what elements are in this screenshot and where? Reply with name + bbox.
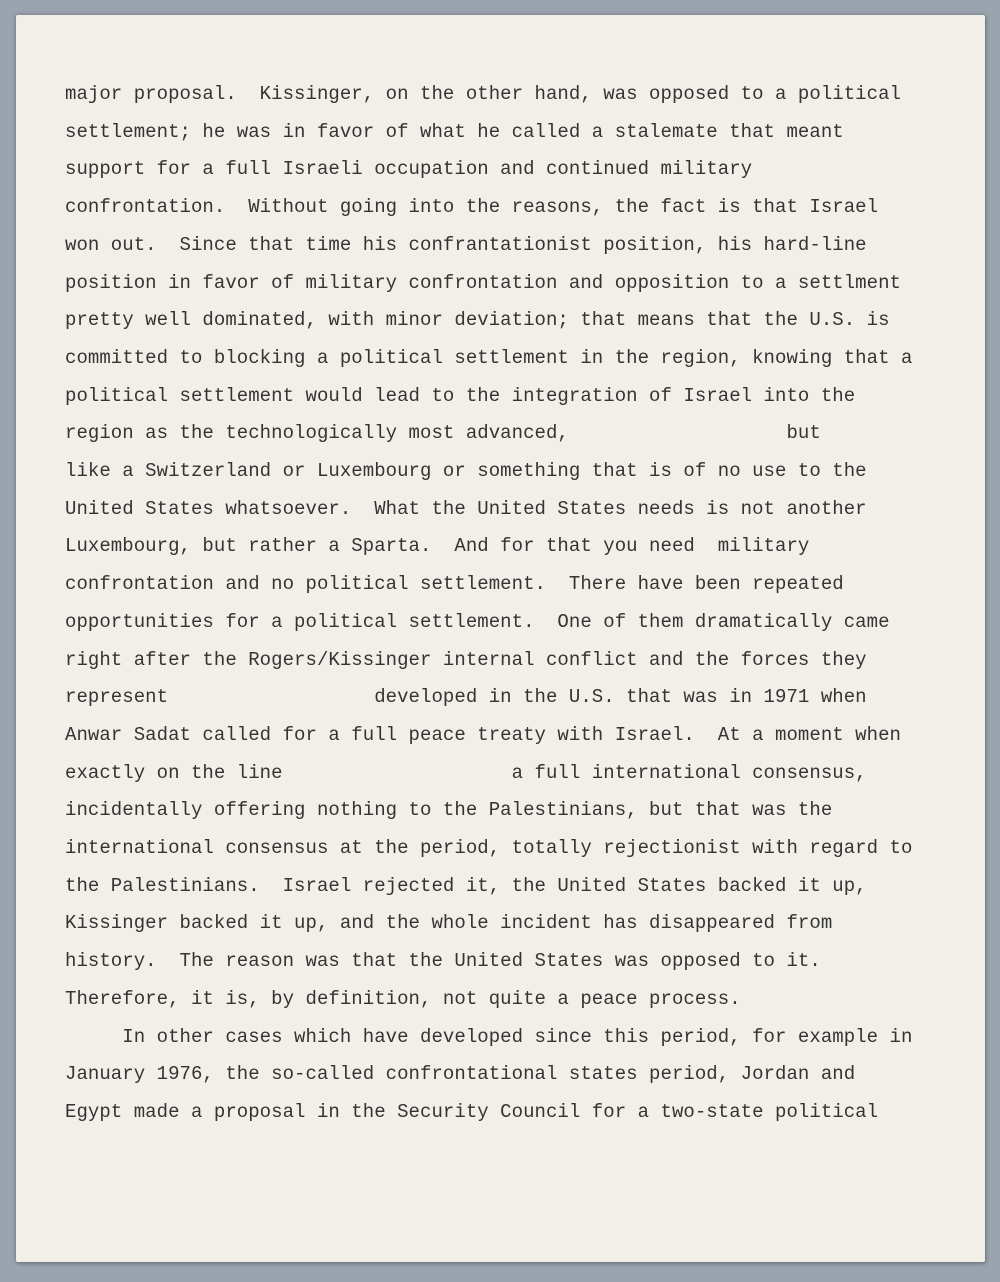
scan-background: major proposal. Kissinger, on the other …: [0, 0, 1000, 1282]
typewritten-text: major proposal. Kissinger, on the other …: [65, 76, 912, 1132]
document-page: major proposal. Kissinger, on the other …: [16, 15, 985, 1262]
